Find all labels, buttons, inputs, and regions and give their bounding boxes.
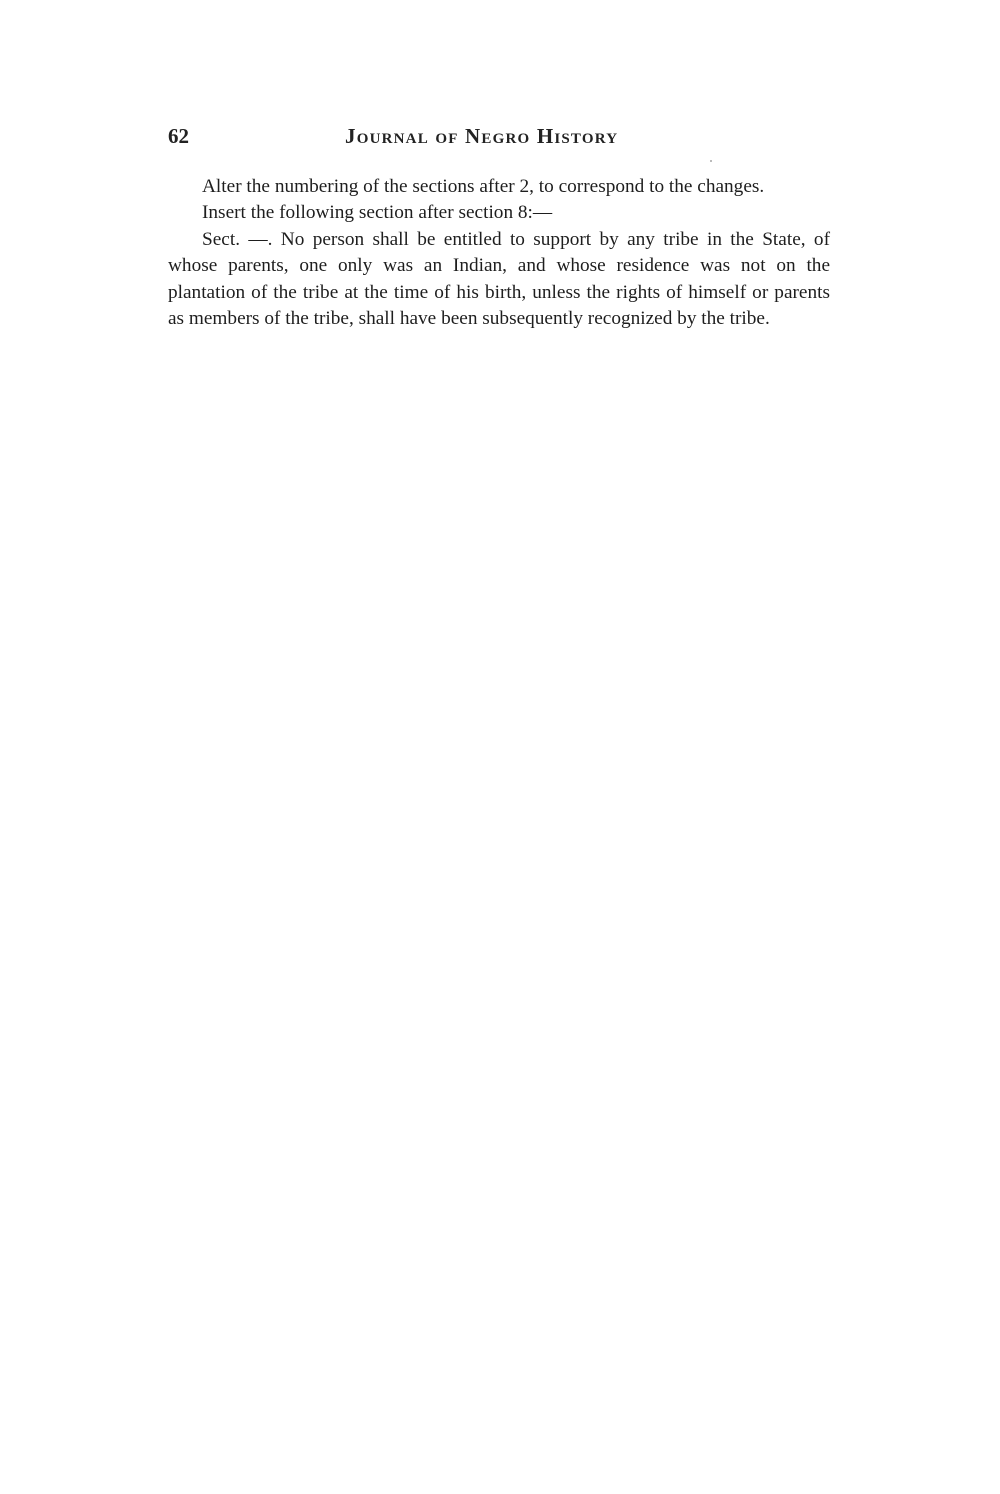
journal-title: Journal of Negro History — [345, 124, 618, 149]
body-text: Alter the numbering of the sections afte… — [168, 174, 830, 332]
scan-speck — [710, 160, 712, 162]
paragraph-section-text: Sect. —. No person shall be entitled to … — [168, 227, 830, 333]
paragraph-renumbering: Alter the numbering of the sections afte… — [168, 174, 830, 200]
page-number: 62 — [168, 124, 189, 149]
running-head: 62 Journal of Negro History — [168, 124, 830, 154]
book-page: 62 Journal of Negro History Alter the nu… — [0, 0, 1000, 1494]
paragraph-insert-section: Insert the following section after secti… — [168, 200, 830, 226]
